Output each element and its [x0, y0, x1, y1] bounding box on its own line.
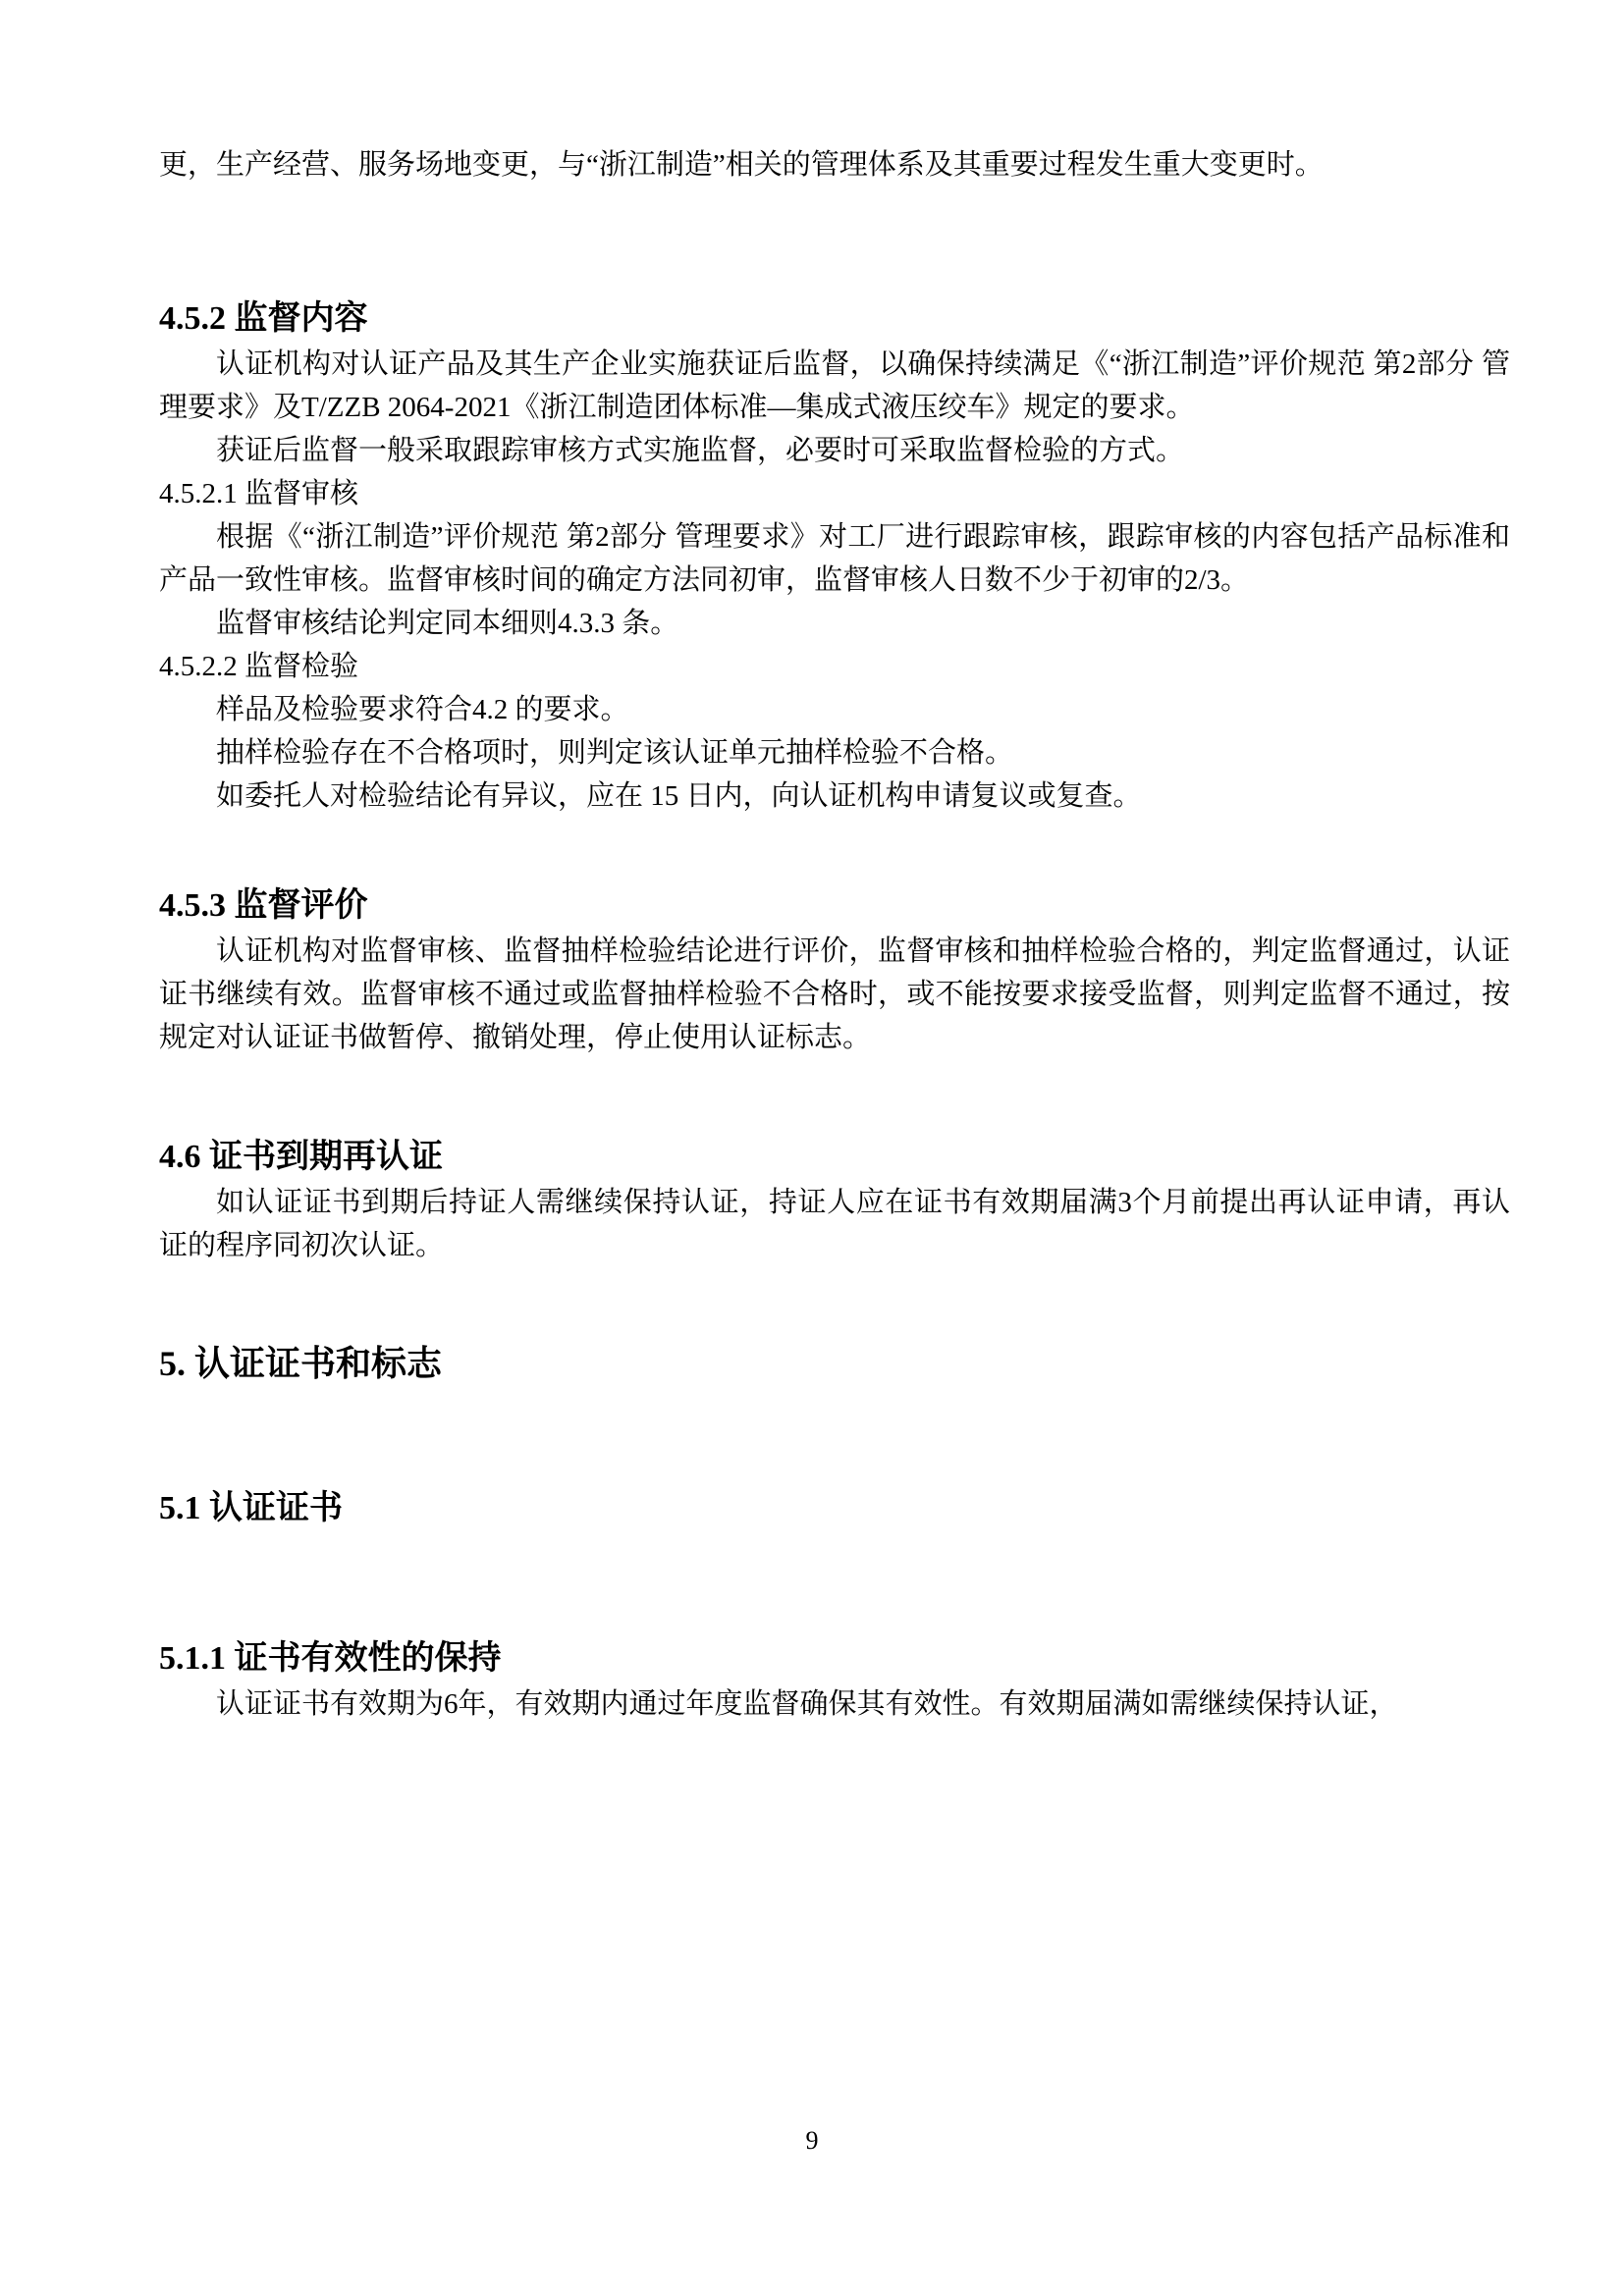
subheading-4-5-2-2: 4.5.2.2 监督检验: [159, 645, 1510, 688]
page-number: 9: [0, 2125, 1624, 2157]
paragraph-4-5-2-2-fail: 抽样检验存在不合格项时，则判定该认证单元抽样检验不合格。: [159, 731, 1510, 774]
heading-4-5-2: 4.5.2 监督内容: [159, 295, 1510, 343]
paragraph-4-5-2-2-objection: 如委托人对检验结论有异议，应在 15 日内，向认证机构申请复议或复查。: [159, 774, 1510, 818]
paragraph-4-5-3: 认证机构对监督审核、监督抽样检验结论进行评价，监督审核和抽样检验合格的，判定监督…: [159, 930, 1510, 1059]
heading-4-6: 4.6 证书到期再认证: [159, 1134, 1510, 1181]
page-content: 更，生产经营、服务场地变更，与“浙江制造”相关的管理体系及其重要过程发生重大变更…: [0, 0, 1624, 1726]
paragraph-4-5-2-2-sample: 样品及检验要求符合4.2 的要求。: [159, 688, 1510, 731]
heading-5-1-1: 5.1.1 证书有效性的保持: [159, 1635, 1510, 1682]
paragraph-4-5-2-1-audit: 根据《“浙江制造”评价规范 第2部分 管理要求》对工厂进行跟踪审核，跟踪审核的内…: [159, 515, 1510, 602]
heading-5-1: 5.1 认证证书: [159, 1485, 1510, 1532]
heading-4-5-3: 4.5.3 监督评价: [159, 882, 1510, 930]
paragraph-4-5-2-1-conclusion: 监督审核结论判定同本细则4.3.3 条。: [159, 602, 1510, 645]
paragraph-4-5-2-2: 获证后监督一般采取跟踪审核方式实施监督，必要时可采取监督检验的方式。: [159, 429, 1510, 472]
document-page: 更，生产经营、服务场地变更，与“浙江制造”相关的管理体系及其重要过程发生重大变更…: [0, 0, 1624, 2296]
paragraph-5-1-1: 认证证书有效期为6年，有效期内通过年度监督确保其有效性。有效期届满如需继续保持认…: [159, 1682, 1510, 1726]
paragraph-4-6: 如认证证书到期后持证人需继续保持认证，持证人应在证书有效期届满3个月前提出再认证…: [159, 1181, 1510, 1267]
subheading-4-5-2-1: 4.5.2.1 监督审核: [159, 472, 1510, 515]
paragraph-4-5-2-1: 认证机构对认证产品及其生产企业实施获证后监督，以确保持续满足《“浙江制造”评价规…: [159, 343, 1510, 429]
continuation-paragraph: 更，生产经营、服务场地变更，与“浙江制造”相关的管理体系及其重要过程发生重大变更…: [159, 143, 1510, 187]
heading-5: 5. 认证证书和标志: [159, 1339, 1510, 1388]
